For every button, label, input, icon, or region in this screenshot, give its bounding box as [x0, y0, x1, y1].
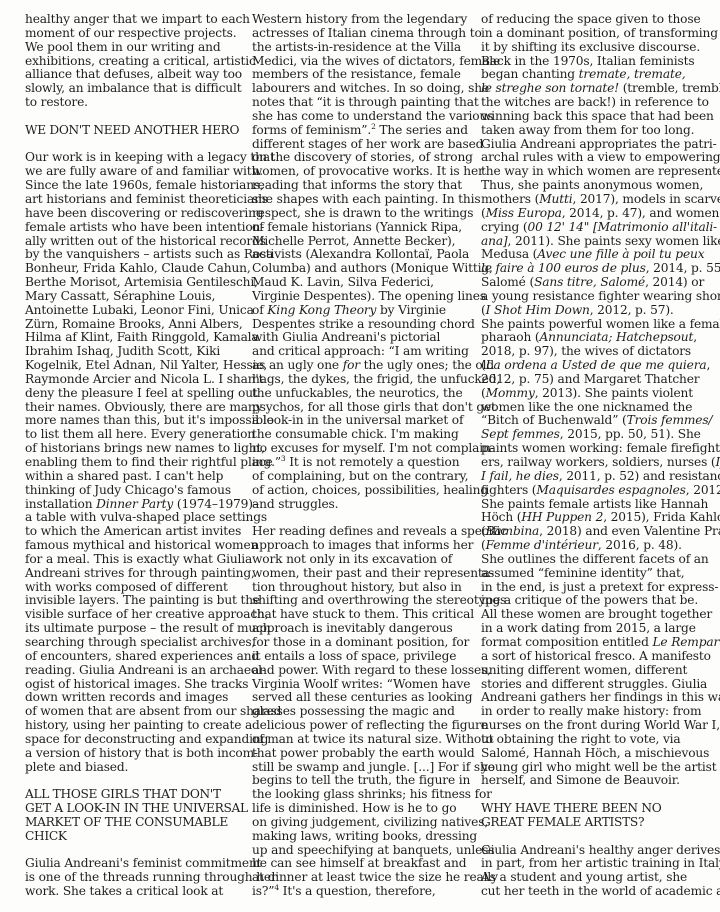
- text-line: by the vanquishers – artists such as Ros…: [25, 248, 243, 262]
- text-line: in a work dating from 2015, a large: [481, 622, 713, 636]
- text-line: plete and biased.: [25, 761, 243, 775]
- text-line: the consumable chick. I'm making: [252, 428, 482, 442]
- italic-title: I fail, he dies: [481, 469, 559, 483]
- text-line: MARKET OF THE CONSUMABLE: [25, 816, 243, 830]
- text-line: within a shared past. I can't help: [25, 470, 243, 484]
- text-line: thinking of Judy Chicago's famous: [25, 484, 243, 498]
- italic-title: Femme d'intérieur: [486, 538, 598, 552]
- text-line: Maud K. Lavin, Silva Federici,: [252, 276, 482, 290]
- text-line: of women that are absent from our shared: [25, 705, 243, 719]
- text-line: Giulia Andreani's feminist commitment: [25, 857, 243, 871]
- text-line: Western history from the legendary: [252, 13, 482, 27]
- text-line: Her reading defines and reveals a specif…: [252, 525, 482, 539]
- text-line: Antoinette Lubaki, Leonor Fini, Unica: [25, 304, 243, 318]
- text-line: cut her teeth in the world of academic a…: [481, 885, 713, 899]
- text-line: labourers and witches. In so doing, she: [252, 82, 482, 96]
- text-line: forms of feminism”.2 The series and: [252, 124, 482, 138]
- text-line: of complaining, but on the contrary,: [252, 470, 482, 484]
- text-line: Raymonde Arcier and Nicola L. I shan't: [25, 373, 243, 387]
- text-line: approach is inevitably dangerous: [252, 622, 482, 636]
- italic-title: le streghe son tornate!: [481, 81, 619, 95]
- text-line: in order to really make history: from: [481, 705, 713, 719]
- italic-title: Avec une fille à poil tu peux: [537, 247, 704, 261]
- text-line: more names than this, but it's impossibl…: [25, 414, 243, 428]
- text-line: of encounters, shared experiences and: [25, 650, 243, 664]
- text-line: begins to tell the truth, the figure in: [252, 774, 482, 788]
- text-line: herself, and Simone de Beauvoir.: [481, 774, 713, 788]
- section-heading: ALL THOSE GIRLS THAT DON'TGET A LOOK-IN …: [25, 788, 243, 843]
- text-line: As a student and young artist, she: [481, 871, 713, 885]
- text-line: of female historians (Yannick Ripa,: [252, 221, 482, 235]
- text-line: for those in a dominant position, for: [252, 636, 482, 650]
- text-line: psychos, for all those girls that don't …: [252, 401, 482, 415]
- text-line: female artists who have been intention-: [25, 221, 243, 235]
- text-line: Mary Cassatt, Séraphine Louis,: [25, 290, 243, 304]
- text-line: to list them all here. Every generation: [25, 428, 243, 442]
- text-line: (La ordena a Usted de que me quiera,: [481, 359, 713, 373]
- text-line: actresses of Italian cinema through to: [252, 27, 482, 41]
- text-line: Hilma af Klint, Faith Ringgold, Kamala: [25, 331, 243, 345]
- text-line: famous mythical and historical women: [25, 539, 243, 553]
- paragraph: of reducing the space given to thosein a…: [481, 13, 713, 788]
- text-line: reading. Giulia Andreani is an archaeol-: [25, 664, 243, 678]
- text-line: the artists-in-residence at the Villa: [252, 41, 482, 55]
- text-line: young girl who might well be the artist: [481, 761, 713, 775]
- text-line: shifting and overthrowing the stereotype…: [252, 594, 482, 608]
- text-line: is one of the threads running through he…: [25, 871, 243, 885]
- text-line: Giulia Andreani's healthy anger derives,: [481, 844, 713, 858]
- text-line: CHICK: [25, 830, 243, 844]
- text-line: is?”4 It's a question, therefore,: [252, 885, 482, 899]
- footnote-ref: 3: [281, 454, 286, 463]
- text-line: for a meal. This is exactly what Giulia: [25, 553, 243, 567]
- italic-title: for: [343, 358, 360, 372]
- text-line: pharaoh (Annunciata; Hatchepsout,: [481, 331, 713, 345]
- paragraph-gap: [481, 788, 713, 802]
- text-line: GET A LOOK-IN IN THE UNIVERSAL: [25, 802, 243, 816]
- text-line: ALL THOSE GIRLS THAT DON'T: [25, 788, 243, 802]
- text-line: Höch (HH Puppen 2, 2015), Frida Kahlo: [481, 511, 713, 525]
- text-line: women like the one nicknamed the: [481, 401, 713, 415]
- text-line: history, using her painting to create a: [25, 719, 243, 733]
- text-line: the unfuckables, the neurotics, the: [252, 387, 482, 401]
- paragraph: healthy anger that we impart to eachmome…: [25, 13, 243, 110]
- text-line: GREAT FEMALE ARTISTS?: [481, 816, 713, 830]
- text-line: (I Shot Him Down, 2012, p. 57).: [481, 304, 713, 318]
- text-line: hags, the dykes, the frigid, the unfucke…: [252, 373, 482, 387]
- column-right: of reducing the space given to thosein a…: [481, 13, 713, 899]
- paragraph-gap: [481, 830, 713, 844]
- text-line: as an ugly one for the ugly ones; the ol…: [252, 359, 482, 373]
- italic-title: If: [716, 455, 720, 469]
- text-line: Despentes strike a resounding chord: [252, 318, 482, 332]
- text-line: searching through specialist archives,: [25, 636, 243, 650]
- text-line: Andreani strives for through painting,: [25, 567, 243, 581]
- text-line: approach to images that informs her: [252, 539, 482, 553]
- text-line: exhibitions, creating a critical, artist…: [25, 55, 243, 69]
- text-line: with works composed of different: [25, 581, 243, 595]
- text-line: She outlines the different facets of an: [481, 553, 713, 567]
- text-line: of King Kong Theory by Virginie: [252, 304, 482, 318]
- text-line: women, their past and their representa-: [252, 567, 482, 581]
- paragraph: Her reading defines and reveals a specif…: [252, 525, 482, 899]
- text-line: the way in which women are represented.: [481, 165, 713, 179]
- text-line: and critical approach: “I am writing: [252, 345, 482, 359]
- text-line: I fail, he dies, 2011, p. 52) and resist…: [481, 470, 713, 484]
- text-line: down written records and images: [25, 691, 243, 705]
- paragraph: Giulia Andreani's feminist commitmentis …: [25, 857, 243, 899]
- text-line: (Mommy, 2013). She paints violent: [481, 387, 713, 401]
- text-line: She paints female artists like Hannah: [481, 498, 713, 512]
- text-line: paints women working: female firefight-: [481, 442, 713, 456]
- text-line: and struggles.: [252, 498, 482, 512]
- document-page: healthy anger that we impart to eachmome…: [0, 0, 720, 912]
- text-line: installation Dinner Party (1974–1979)–: [25, 498, 243, 512]
- text-line: 2012, p. 75) and Margaret Thatcher: [481, 373, 713, 387]
- footnote-ref: 2: [371, 122, 376, 131]
- text-line: a table with vulva-shaped place settings: [25, 511, 243, 525]
- text-line: in a dominant position, of transforming: [481, 27, 713, 41]
- text-line: Medusa (Avec une fille à poil tu peux: [481, 248, 713, 262]
- text-line: nurses on the front during World War I,: [481, 719, 713, 733]
- text-line: still be swamp and jungle. [...] For if …: [252, 761, 482, 775]
- text-line: glasses possessing the magic and: [252, 705, 482, 719]
- text-line: to which the American artist invites: [25, 525, 243, 539]
- text-line: ogist of historical images. She tracks: [25, 678, 243, 692]
- text-line: art historians and feminist theoretician…: [25, 193, 243, 207]
- text-line: with Giulia Andreani's pictorial: [252, 331, 482, 345]
- italic-title: Maquisardes espagnoles: [536, 483, 685, 497]
- text-line: ing a critique of the powers that be.: [481, 594, 713, 608]
- text-line: alliance that defuses, albeit way too: [25, 68, 243, 82]
- paragraph-gap: [25, 774, 243, 788]
- italic-title: tremate, tremate,: [579, 67, 686, 81]
- text-line: uniting different women, different: [481, 664, 713, 678]
- text-line: making laws, writing books, dressing: [252, 830, 482, 844]
- text-line: Virginia Woolf writes: “Women have: [252, 678, 482, 692]
- text-line: invisible layers. The painting is but th…: [25, 594, 243, 608]
- text-line: “Bitch of Buchenwald” (Trois femmes/: [481, 414, 713, 428]
- text-line: a sort of historical fresco. A manifesto: [481, 650, 713, 664]
- italic-title: Annunciata; Hatchepsout: [539, 330, 693, 344]
- text-line: life is diminished. How is he to go: [252, 802, 482, 816]
- italic-title: le faire à 100 euros de plus: [481, 261, 646, 275]
- text-line: on giving judgement, civilizing natives,: [252, 816, 482, 830]
- text-line: Back in the 1970s, Italian feminists: [481, 55, 713, 69]
- text-line: Medici, via the wives of dictators, fema…: [252, 55, 482, 69]
- text-line: the looking glass shrinks; his fitness f…: [252, 788, 482, 802]
- text-line: have been discovering or rediscovering: [25, 207, 243, 221]
- italic-title: Sept femmes: [481, 427, 560, 441]
- text-line: on the discovery of stories, of strong: [252, 151, 482, 165]
- text-line: Kogelnik, Etel Adnan, Nil Yalter, Hessie…: [25, 359, 243, 373]
- footnote-ref: 4: [274, 883, 279, 892]
- text-line: he can see himself at breakfast and: [252, 857, 482, 871]
- text-line: we are fully aware of and familiar with.: [25, 165, 243, 179]
- text-line: All these women are brought together: [481, 608, 713, 622]
- section-heading: WE DON'T NEED ANOTHER HERO: [25, 124, 243, 138]
- text-line: a look-in in the universal market of: [252, 414, 482, 428]
- text-line: to obtaining the right to vote, via: [481, 733, 713, 747]
- text-line: tion throughout history, but also in: [252, 581, 482, 595]
- text-line: (Miss Europa, 2014, p. 47), and women: [481, 207, 713, 221]
- text-line: moment of our respective projects.: [25, 27, 243, 41]
- italic-title: ana]: [481, 234, 508, 248]
- text-line: WHY HAVE THERE BEEN NO: [481, 802, 713, 816]
- text-line: Columba) and authors (Monique Wittig,: [252, 262, 482, 276]
- text-line: taken away from them for too long.: [481, 124, 713, 138]
- text-line: Ibrahim Ishaq, Judith Scott, Kiki: [25, 345, 243, 359]
- text-line: Since the late 1960s, female historians,: [25, 179, 243, 193]
- text-line: women, of provocative works. It is her: [252, 165, 482, 179]
- text-line: format composition entitled Le Rempart,: [481, 636, 713, 650]
- text-line: she has come to understand the various: [252, 110, 482, 124]
- text-line: ers, railway workers, soldiers, nurses (…: [481, 456, 713, 470]
- text-line: crying (00 12' 14" [Matrimonio all'itali…: [481, 221, 713, 235]
- text-line: reading that informs the story that: [252, 179, 482, 193]
- text-line: ally written out of the historical recor…: [25, 235, 243, 249]
- italic-title: Bambina: [486, 524, 540, 538]
- text-line: visible surface of her creative approach…: [25, 608, 243, 622]
- text-line: that have stuck to them. This critical: [252, 608, 482, 622]
- text-line: ing.”3 It is not remotely a question: [252, 456, 482, 470]
- italic-title: Miss Europa: [486, 206, 562, 220]
- text-line: Virginie Despentes). The opening lines: [252, 290, 482, 304]
- text-line: Thus, she paints anonymous women,: [481, 179, 713, 193]
- italic-title: La ordena a Usted de que me quiera: [486, 358, 707, 372]
- text-line: a version of history that is both incom-: [25, 747, 243, 761]
- italic-title: Dinner Party: [96, 497, 173, 511]
- text-line: began chanting tremate, tremate,: [481, 68, 713, 82]
- italic-title: King Kong Theory: [267, 303, 376, 317]
- italic-title: Sans titre, Salomé: [534, 275, 645, 289]
- text-line: space for deconstructing and expanding: [25, 733, 243, 747]
- text-line: Bonheur, Frida Kahlo, Claude Cahun,: [25, 262, 243, 276]
- text-line: respect, she is drawn to the writings: [252, 207, 482, 221]
- paragraph-gap: [252, 511, 482, 525]
- text-line: She paints powerful women like a female: [481, 318, 713, 332]
- text-line: activists (Alexandra Kollontaï, Paola: [252, 248, 482, 262]
- text-line: up and speechifying at banquets, unless: [252, 844, 482, 858]
- paragraph: Giulia Andreani's healthy anger derives,…: [481, 844, 713, 899]
- text-line: served all these centuries as looking: [252, 691, 482, 705]
- column-middle: Western history from the legendaryactres…: [252, 13, 482, 899]
- italic-title: Le Rempart: [652, 635, 720, 649]
- text-line: the witches are back!) in reference to: [481, 96, 713, 110]
- text-line: delicious power of reflecting the figure: [252, 719, 482, 733]
- text-line: deny the pleasure I feel at spelling out: [25, 387, 243, 401]
- paragraph-gap: [25, 138, 243, 152]
- text-line: Zürn, Romaine Brooks, Anni Albers,: [25, 318, 243, 332]
- text-line: of reducing the space given to those: [481, 13, 713, 27]
- text-line: healthy anger that we impart to each: [25, 13, 243, 27]
- text-line: their names. Obviously, there are many: [25, 401, 243, 415]
- text-line: members of the resistance, female: [252, 68, 482, 82]
- text-line: mothers (Mutti, 2017), models in scarves: [481, 193, 713, 207]
- paragraph-gap: [25, 844, 243, 858]
- text-line: winning back this space that had been: [481, 110, 713, 124]
- italic-title: Mutti: [539, 192, 572, 206]
- text-line: (Femme d'intérieur, 2016, p. 48).: [481, 539, 713, 553]
- text-line: work. She takes a critical look at: [25, 885, 243, 899]
- text-line: (Bambina, 2018) and even Valentine Prax: [481, 525, 713, 539]
- text-line: different stages of her work are based: [252, 138, 482, 152]
- paragraph: Our work is in keeping with a legacy tha…: [25, 151, 243, 774]
- text-line: no excuses for myself. I'm not complain-: [252, 442, 482, 456]
- text-line: it by shifting its exclusive discourse.: [481, 41, 713, 55]
- text-line: that power probably the earth would: [252, 747, 482, 761]
- italic-title: Trois femmes/: [627, 413, 713, 427]
- text-line: it entails a loss of space, privilege: [252, 650, 482, 664]
- text-line: in the end, is just a pretext for expres…: [481, 581, 713, 595]
- italic-title: HH Puppen 2: [521, 510, 603, 524]
- text-line: le streghe son tornate! (tremble, trembl…: [481, 82, 713, 96]
- paragraph-gap: [25, 110, 243, 124]
- text-line: fighters (Maquisardes espagnoles, 2012).: [481, 484, 713, 498]
- text-line: ana], 2011). She paints sexy women like: [481, 235, 713, 249]
- text-line: Salomé, Hannah Höch, a mischievous: [481, 747, 713, 761]
- text-line: Sept femmes, 2015, pp. 50, 51). She: [481, 428, 713, 442]
- text-line: in part, from her artistic training in I…: [481, 857, 713, 871]
- text-line: enabling them to find their rightful pla…: [25, 456, 243, 470]
- text-line: to restore.: [25, 96, 243, 110]
- italic-title: Mommy: [486, 386, 535, 400]
- section-heading: WHY HAVE THERE BEEN NOGREAT FEMALE ARTIS…: [481, 802, 713, 830]
- text-line: assumed “feminine identity” that,: [481, 567, 713, 581]
- text-line: its ultimate purpose – the result of muc…: [25, 622, 243, 636]
- column-left: healthy anger that we impart to eachmome…: [25, 13, 243, 899]
- text-line: work not only in its excavation of: [252, 553, 482, 567]
- paragraph: Western history from the legendaryactres…: [252, 13, 482, 511]
- text-line: Salomé (Sans titre, Salomé, 2014) or: [481, 276, 713, 290]
- text-line: Our work is in keeping with a legacy tha…: [25, 151, 243, 165]
- italic-title: 00 12' 14" [Matrimonio all'itali-: [528, 220, 718, 234]
- text-line: Andreani gathers her findings in this wa…: [481, 691, 713, 705]
- text-line: and power. With regard to these losses,: [252, 664, 482, 678]
- text-line: of historians brings new names to light,: [25, 442, 243, 456]
- text-line: Michelle Perrot, Annette Becker),: [252, 235, 482, 249]
- text-line: notes that “it is through painting that: [252, 96, 482, 110]
- text-line: she shapes with each painting. In this: [252, 193, 482, 207]
- text-line: slowly, an imbalance that is difficult: [25, 82, 243, 96]
- text-line: 2018, p. 97), the wives of dictators: [481, 345, 713, 359]
- text-line: Berthe Morisot, Artemisia Gentileschi,: [25, 276, 243, 290]
- text-line: archal rules with a view to empowering: [481, 151, 713, 165]
- text-line: WE DON'T NEED ANOTHER HERO: [25, 124, 243, 138]
- text-line: of action, choices, possibilities, heali…: [252, 484, 482, 498]
- text-line: of man at twice its natural size. Withou…: [252, 733, 482, 747]
- text-line: le faire à 100 euros de plus, 2014, p. 5…: [481, 262, 713, 276]
- italic-title: I Shot Him Down: [486, 303, 590, 317]
- text-line: stories and different struggles. Giulia: [481, 678, 713, 692]
- text-line: a young resistance fighter wearing short…: [481, 290, 713, 304]
- text-line: We pool them in our writing and: [25, 41, 243, 55]
- text-line: Giulia Andreani appropriates the patri-: [481, 138, 713, 152]
